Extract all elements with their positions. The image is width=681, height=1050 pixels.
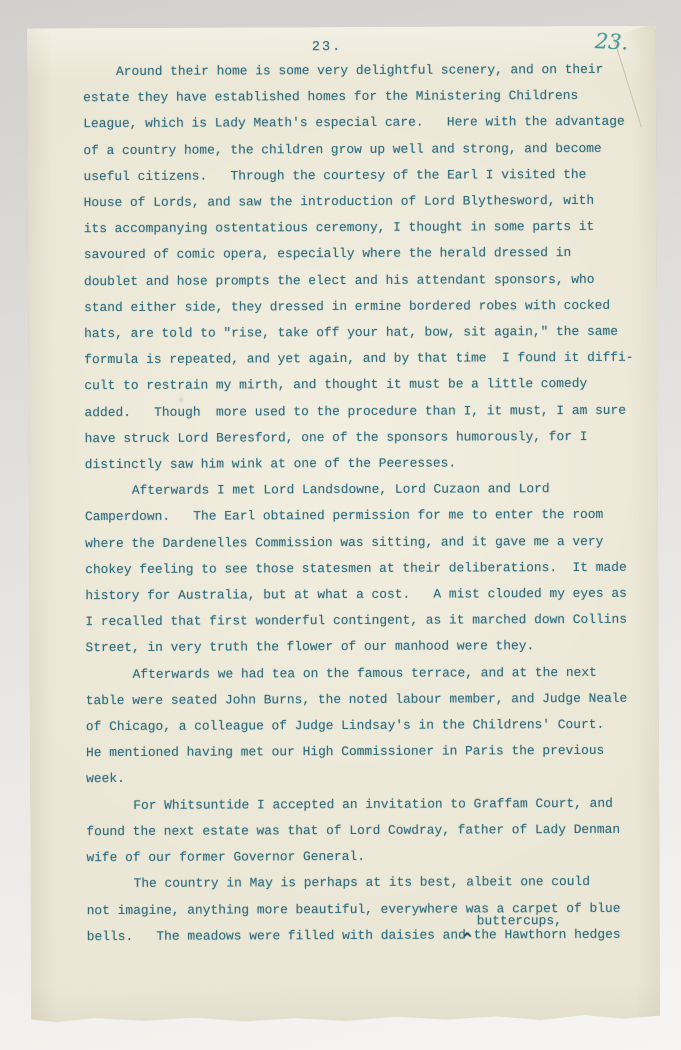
typed-line: hats, are told to "rise, take off your h… xyxy=(84,319,650,348)
inserted-word: buttercups, xyxy=(477,913,562,928)
insertion-caret-icon: ^ xyxy=(463,929,472,947)
typed-line: bells. The meadows were filled with dais… xyxy=(87,921,653,950)
typed-line: table were seated John Burns, the noted … xyxy=(86,686,652,715)
typed-line: where the Dardenelles Commission was sit… xyxy=(85,528,651,557)
typed-line: history for Australia, but at what a cos… xyxy=(85,581,651,610)
typed-line: formula is repeated, and yet again, and … xyxy=(84,345,650,374)
typed-line: distinctly saw him wink at one of the Pe… xyxy=(85,450,651,479)
typed-line: have struck Lord Beresford, one of the s… xyxy=(85,424,651,453)
typed-line: House of Lords, and saw the introduction… xyxy=(84,188,650,217)
handwritten-page-number: 23. xyxy=(594,29,629,55)
typed-line: savoured of comic opera, especially wher… xyxy=(84,240,650,269)
paragraph: For Whitsuntide I accepted an invitation… xyxy=(86,790,652,871)
typed-text: buttercups, ^ Around their home is some … xyxy=(83,57,653,950)
typed-line: cult to restrain my mirth, and thought i… xyxy=(84,371,650,400)
typed-line: week. xyxy=(86,764,652,793)
typed-line: of Chicago, a colleague of Judge Lindsay… xyxy=(86,712,652,741)
typed-line: its accompanying ostentatious ceremony, … xyxy=(84,214,650,243)
typed-line: Afterwards we had tea on the famous terr… xyxy=(86,659,652,688)
typed-line: Afterwards I met Lord Landsdowne, Lord C… xyxy=(85,476,651,505)
typed-line: stand either side, they dressed in ermin… xyxy=(84,292,650,321)
typed-page-number: 23. xyxy=(312,40,342,55)
typed-line: of a country home, the children grow up … xyxy=(83,135,649,164)
typed-line: Around their home is some very delightfu… xyxy=(83,57,649,86)
typed-line: Camperdown. The Earl obtained permission… xyxy=(85,502,651,531)
typed-line: League, which is Lady Meath's especial c… xyxy=(83,109,649,138)
typed-line: found the next estate was that of Lord C… xyxy=(86,817,652,846)
typed-line: added. Though more used to the procedure… xyxy=(84,397,650,426)
typed-line: chokey feeling to see those statesmen at… xyxy=(85,555,651,584)
typed-line: For Whitsuntide I accepted an invitation… xyxy=(86,790,652,819)
typed-line: I recalled that first wonderful continge… xyxy=(85,607,651,636)
typed-line: doublet and hose prompts the elect and h… xyxy=(84,266,650,295)
paragraph: Around their home is some very delightfu… xyxy=(83,57,651,479)
paragraph: The country in May is perhaps at its bes… xyxy=(87,869,653,950)
typed-line: useful citizens. Through the courtesy of… xyxy=(83,161,649,190)
typed-line: estate they have established homes for t… xyxy=(83,83,649,112)
typed-line: wife of our former Governor General. xyxy=(86,843,652,872)
typed-line: not imagine, anything more beautiful, ev… xyxy=(87,895,653,924)
typed-line: Street, in very truth the flower of our … xyxy=(85,633,651,662)
document-page: 23. 23. buttercups, ^ Around their home … xyxy=(27,26,660,1024)
typed-line: The country in May is perhaps at its bes… xyxy=(87,869,653,898)
photo-background: 23. 23. buttercups, ^ Around their home … xyxy=(0,0,681,1050)
paragraph: Afterwards we had tea on the famous terr… xyxy=(86,659,653,792)
typed-line: He mentioned having met our High Commiss… xyxy=(86,738,652,767)
paragraph: Afterwards I met Lord Landsdowne, Lord C… xyxy=(85,476,652,662)
